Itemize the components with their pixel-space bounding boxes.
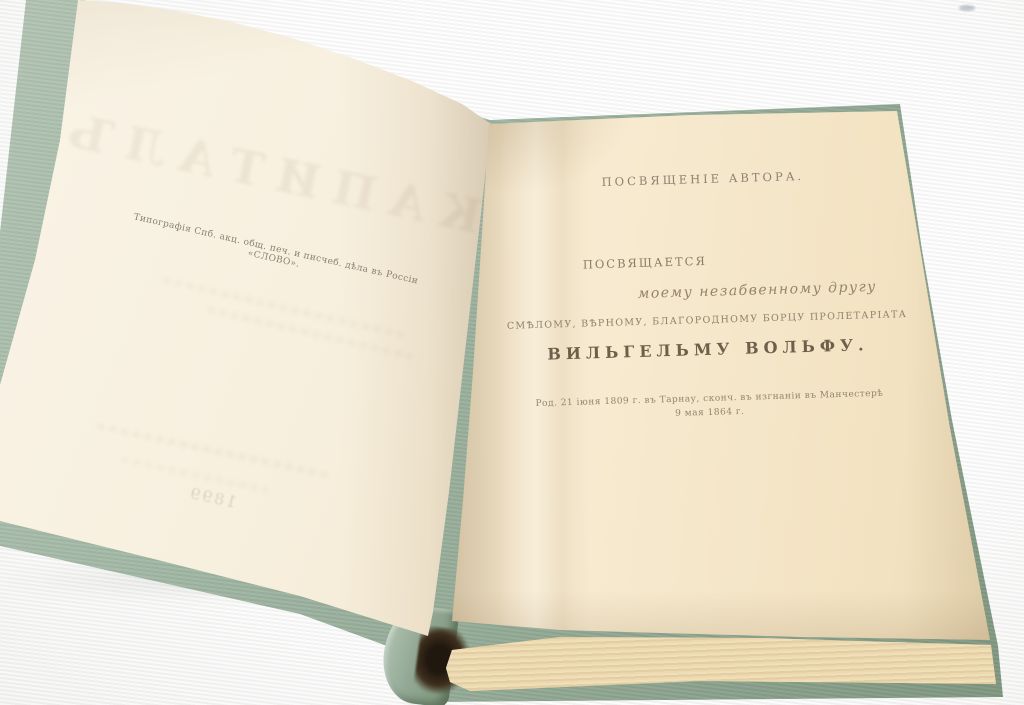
dedication-heading: ПОСВЯЩЕНІЕ АВТОРА. (500, 166, 905, 192)
dedication-script-line: моему незабвенному другу (638, 279, 878, 302)
ghost-year-bleedthrough: 1899 (187, 483, 239, 512)
ghost-text-smudge (97, 423, 333, 479)
dedication-text-block: ПОСВЯЩЕНІЕ АВТОРА. ПОСВЯЩАЕТСЯ моему нез… (500, 158, 914, 470)
dedication-dedicated-line: ПОСВЯЩАЕТСЯ (583, 254, 707, 272)
book-photo: КАПИТАЛЪ Типографія Спб. акц. общ. печ. … (0, 0, 1024, 705)
dedicatee-name: ВИЛЬГЕЛЬМУ ВОЛЬФУ. (505, 334, 910, 365)
dedication-epithet-line: СМѢЛОМУ, ВѢРНОМУ, БЛАГОРОДНОМУ БОРЦУ ПРО… (504, 309, 909, 332)
background-smudge (959, 5, 975, 11)
